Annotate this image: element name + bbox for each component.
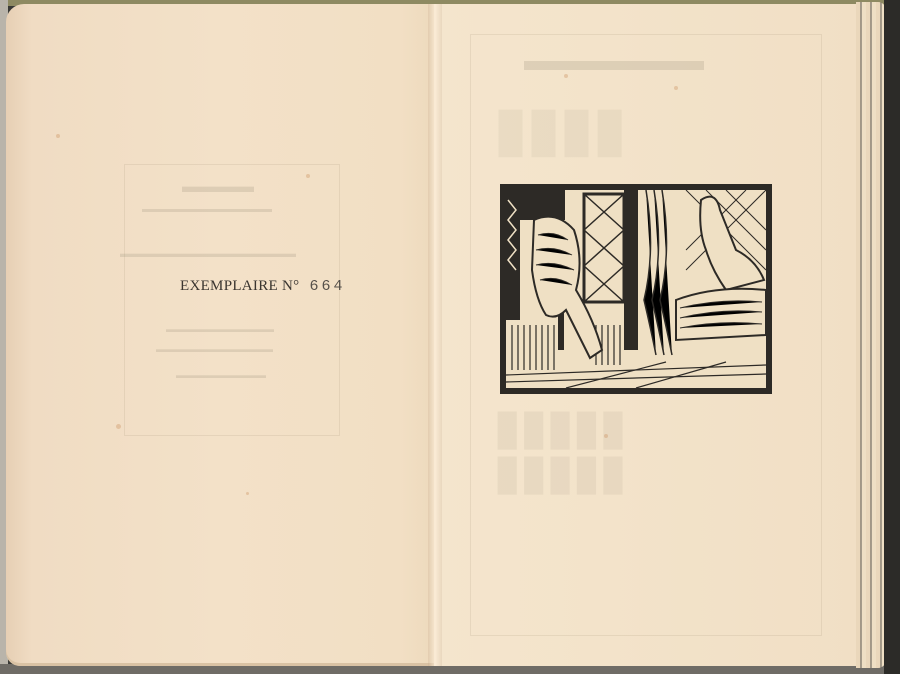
foxing-spot [246, 492, 249, 495]
foxing-spot [306, 174, 310, 178]
bleed-through-title: ▮▮▮▮ [494, 94, 626, 164]
edition-number: 664 [309, 278, 345, 295]
woodcut-scene-icon [506, 190, 766, 388]
foxing-spot [116, 424, 121, 429]
book-spread: ▬▬▬▬ ▬▬▬▬▬▬▬▬▬▬▬▬▬ ▬▬▬▬▬▬▬▬▬▬▬▬▬▬▬▬ ▬▬▬▬… [0, 0, 900, 674]
foxing-spot [56, 134, 60, 138]
edition-statement: EXEMPLAIRE N° 664 [180, 278, 346, 295]
woodcut-illustration [500, 184, 772, 394]
woodcut-image [506, 190, 766, 388]
edition-label: EXEMPLAIRE N° [180, 278, 299, 295]
book-gutter [428, 4, 442, 666]
foxing-spot [564, 74, 568, 78]
bleed-through-title: ▮▮▮▮▮ [494, 444, 626, 500]
foxing-spot [674, 86, 678, 90]
foxing-spot [604, 434, 608, 438]
left-page: ▬▬▬▬ ▬▬▬▬▬▬▬▬▬▬▬▬▬ ▬▬▬▬▬▬▬▬▬▬▬▬▬▬▬▬ ▬▬▬▬… [6, 4, 434, 666]
page-block-edges [856, 2, 886, 668]
bleed-through-frame [124, 164, 340, 436]
book-cover-edge [884, 0, 900, 674]
bleed-through-title: ▬▬▬▬▬▬ [524, 44, 704, 78]
